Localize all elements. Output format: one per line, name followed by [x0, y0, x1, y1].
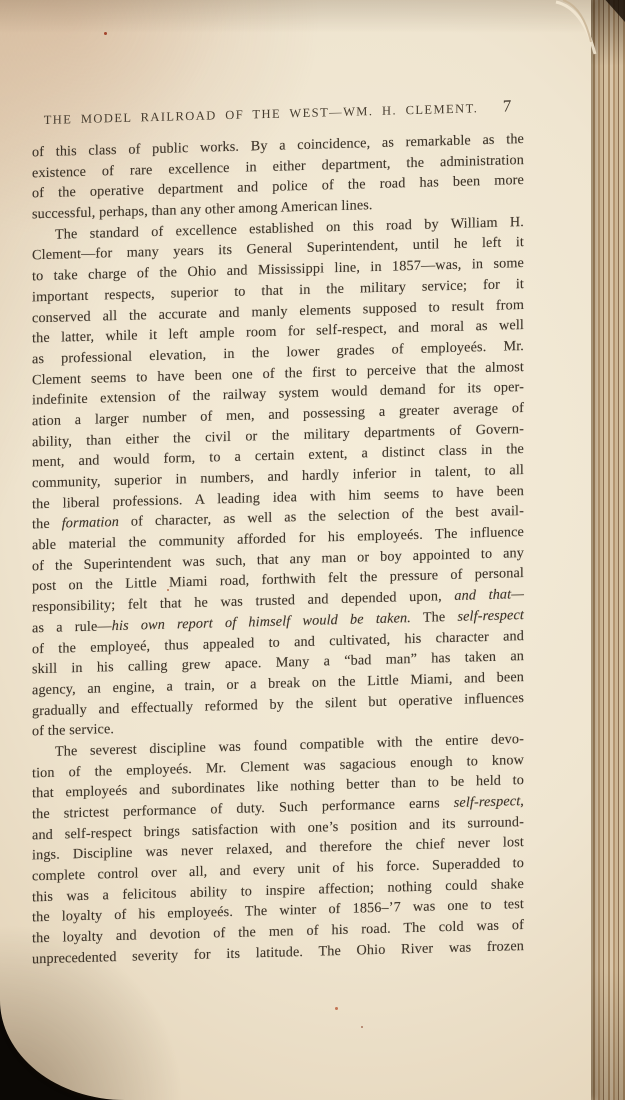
ink-speck [335, 1007, 338, 1010]
page-corner-curl-icon [553, 0, 599, 56]
page-number: 7 [490, 96, 524, 117]
body-text: of this class of public works. By a coin… [32, 129, 524, 970]
running-header: THE MODEL RAILROAD OF THE WEST—WM. H. CL… [32, 96, 524, 129]
page-content: THE MODEL RAILROAD OF THE WEST—WM. H. CL… [32, 96, 524, 970]
body-text-segment: the [32, 516, 62, 533]
italic-text: and that— [454, 586, 524, 604]
book-scan: THE MODEL RAILROAD OF THE WEST—WM. H. CL… [0, 0, 625, 1100]
page-title: THE MODEL RAILROAD OF THE WEST—WM. H. CL… [32, 101, 490, 128]
italic-text: formation [62, 514, 119, 532]
italic-text: self-respect [457, 607, 524, 625]
body-text-segment: of the service. [32, 721, 114, 739]
italic-text: self-respect [454, 793, 521, 811]
ink-speck [104, 32, 107, 35]
binding-shadow [595, 0, 625, 22]
ink-speck [361, 1026, 363, 1028]
body-text-segment: , [520, 793, 524, 809]
body-text-segment: as a rule— [32, 618, 112, 636]
book-page: THE MODEL RAILROAD OF THE WEST—WM. H. CL… [0, 0, 591, 1100]
body-text-segment: The [411, 609, 457, 626]
